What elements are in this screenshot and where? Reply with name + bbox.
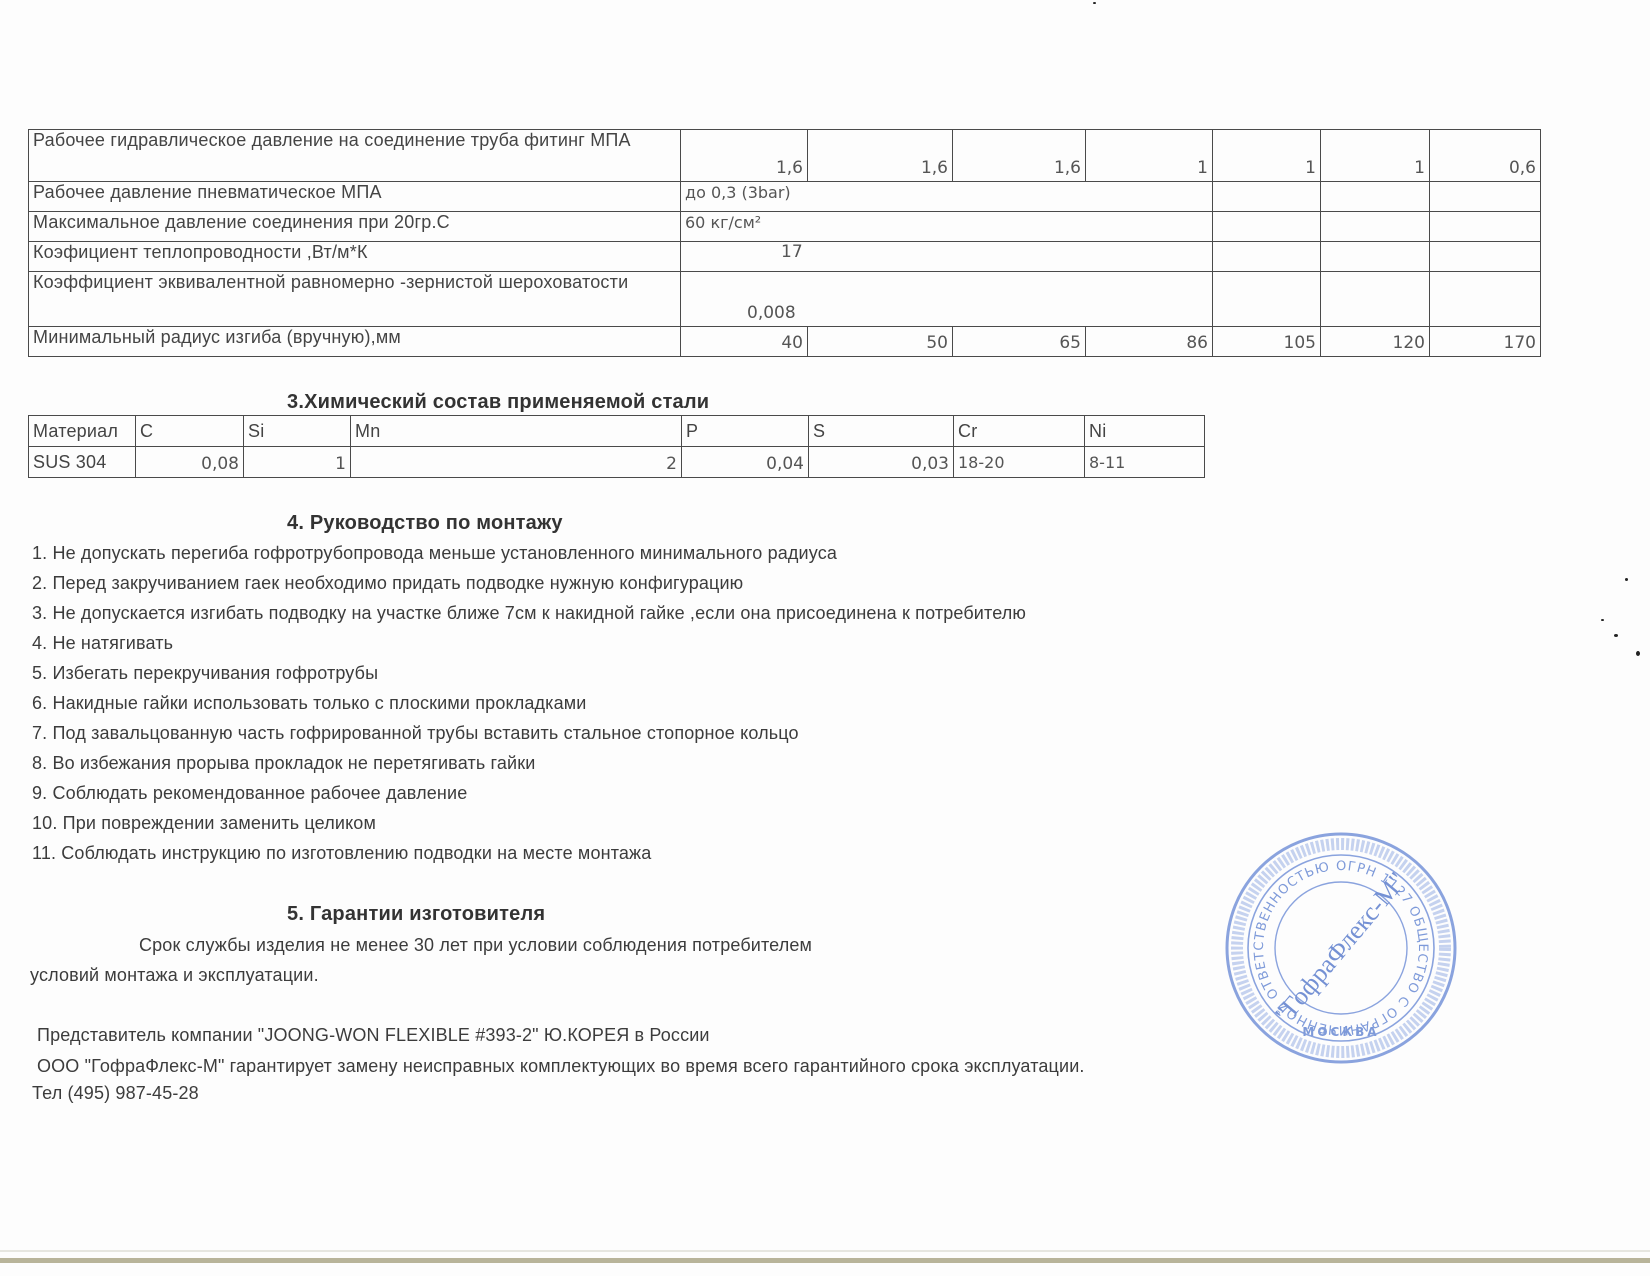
spec-value: 1,6 xyxy=(808,130,953,182)
chem-header: Si xyxy=(244,416,351,447)
empty-cell xyxy=(1321,242,1430,272)
chem-cell: SUS 304 xyxy=(29,447,136,478)
spec-value: 0,6 xyxy=(1430,130,1541,182)
install-item: 9. Соблюдать рекомендованное рабочее дав… xyxy=(32,783,1026,813)
empty-cell xyxy=(1213,212,1321,242)
spec-value: 1,6 xyxy=(681,130,808,182)
chem-table: Материал C Si Mn P S Cr Ni SUS 304 0,08 … xyxy=(28,415,1205,478)
company-stamp: ОБЩЕСТВО С ОГРАНИЧЕННОЙ ОТВЕТСТВЕННОСТЬЮ… xyxy=(1223,830,1459,1066)
install-item: 8. Во избежания прорыва прокладок не пер… xyxy=(32,753,1026,783)
scan-speck xyxy=(1093,2,1096,4)
chem-cell: 0,03 xyxy=(809,447,954,478)
spec-value: 170 xyxy=(1430,327,1541,357)
install-item: 1. Не допускать перегиба гофротрубопрово… xyxy=(32,543,1026,573)
spec-value: 1 xyxy=(1086,130,1213,182)
spec-value: 50 xyxy=(808,327,953,357)
scan-speck xyxy=(1601,619,1604,621)
spec-value: 120 xyxy=(1321,327,1430,357)
install-item: 3. Не допускается изгибать подводку на у… xyxy=(32,603,1026,633)
install-item: 5. Избегать перекручивания гофротрубы xyxy=(32,663,1026,693)
chem-data-row: SUS 304 0,08 1 2 0,04 0,03 18-20 8-11 xyxy=(29,447,1205,478)
spec-value: 1,6 xyxy=(953,130,1086,182)
spec-value: 65 xyxy=(953,327,1086,357)
chem-header-row: Материал C Si Mn P S Cr Ni xyxy=(29,416,1205,447)
scan-speck xyxy=(1636,651,1640,656)
spec-value: 0,008 xyxy=(681,272,1213,327)
spec-label: Коэфициент теплопроводности ,Вт/м*К xyxy=(29,242,681,272)
warranty-text-line1: Срок службы изделия не менее 30 лет при … xyxy=(139,935,812,956)
spec-value: до 0,3 (3bar) xyxy=(681,182,1213,212)
chem-header: Материал xyxy=(29,416,136,447)
spec-row-hydraulic-pressure: Рабочее гидравлическое давление на соеди… xyxy=(29,130,1541,182)
stamp-city: МОСКВА xyxy=(1302,1025,1379,1039)
chem-cell: 2 xyxy=(351,447,682,478)
chem-cell: 0,08 xyxy=(136,447,244,478)
empty-cell xyxy=(1430,242,1541,272)
empty-cell xyxy=(1430,272,1541,327)
spec-row-roughness: Коэффициент эквивалентной равномерно -зе… xyxy=(29,272,1541,327)
install-item: 2. Перед закручиванием гаек необходимо п… xyxy=(32,573,1026,603)
spec-label: Максимальное давление соединения при 20г… xyxy=(29,212,681,242)
spec-row-bend-radius: Минимальный радиус изгиба (вручную),мм 4… xyxy=(29,327,1541,357)
spec-table: Рабочее гидравлическое давление на соеди… xyxy=(28,129,1541,357)
spec-value: 60 кг/см² xyxy=(681,212,1213,242)
scan-speck xyxy=(1625,578,1628,581)
chem-cell: 1 xyxy=(244,447,351,478)
spec-label: Коэффициент эквивалентной равномерно -зе… xyxy=(29,272,681,327)
chem-section-title: 3.Химический состав применяемой стали xyxy=(287,391,709,414)
phone-line: Тел (495) 987-45-28 xyxy=(32,1083,199,1104)
spec-row-max-pressure: Максимальное давление соединения при 20г… xyxy=(29,212,1541,242)
empty-cell xyxy=(1213,182,1321,212)
spec-label: Рабочее гидравлическое давление на соеди… xyxy=(29,130,681,182)
install-list: 1. Не допускать перегиба гофротрубопрово… xyxy=(32,543,1026,873)
empty-cell xyxy=(1321,272,1430,327)
install-item: 11. Соблюдать инструкцию по изготовлению… xyxy=(32,843,1026,873)
chem-header: Ni xyxy=(1085,416,1205,447)
stamp-seal-icon: ОБЩЕСТВО С ОГРАНИЧЕННОЙ ОТВЕТСТВЕННОСТЬЮ… xyxy=(1223,830,1459,1066)
chem-header: P xyxy=(682,416,809,447)
warranty-section-title: 5. Гарантии изготовителя xyxy=(287,903,545,926)
empty-cell xyxy=(1213,272,1321,327)
chem-header: C xyxy=(136,416,244,447)
chem-header: Mn xyxy=(351,416,682,447)
install-item: 4. Не натягивать xyxy=(32,633,1026,663)
chem-cell: 18-20 xyxy=(954,447,1085,478)
spec-label: Рабочее давление пневматическое МПА xyxy=(29,182,681,212)
empty-cell xyxy=(1430,182,1541,212)
chem-header: S xyxy=(809,416,954,447)
spec-value: 40 xyxy=(681,327,808,357)
empty-cell xyxy=(1321,212,1430,242)
spec-value: 1 xyxy=(1321,130,1430,182)
install-item: 7. Под завальцованную часть гофрированно… xyxy=(32,723,1026,753)
spec-row-thermal-conductivity: Коэфициент теплопроводности ,Вт/м*К 17 xyxy=(29,242,1541,272)
empty-cell xyxy=(1321,182,1430,212)
empty-cell xyxy=(1213,242,1321,272)
spec-value: 86 xyxy=(1086,327,1213,357)
spec-value: 17 xyxy=(681,242,1213,272)
spec-label: Минимальный радиус изгиба (вручную),мм xyxy=(29,327,681,357)
install-item: 6. Накидные гайки использовать только с … xyxy=(32,693,1026,723)
empty-cell xyxy=(1430,212,1541,242)
chem-header: Cr xyxy=(954,416,1085,447)
page-bottom-edge xyxy=(0,1258,1650,1263)
guarantee-line: ООО "ГофраФлекс-М" гарантирует замену не… xyxy=(37,1056,1085,1077)
scan-speck xyxy=(1614,634,1618,637)
chem-cell: 0,04 xyxy=(682,447,809,478)
install-section-title: 4. Руководство по монтажу xyxy=(287,512,563,535)
chem-cell: 8-11 xyxy=(1085,447,1205,478)
page-edge-shadow xyxy=(0,1250,1650,1252)
spec-value: 105 xyxy=(1213,327,1321,357)
spec-row-pneumatic-pressure: Рабочее давление пневматическое МПА до 0… xyxy=(29,182,1541,212)
spec-value: 1 xyxy=(1213,130,1321,182)
warranty-text-line2: условий монтажа и эксплуатации. xyxy=(30,965,319,986)
representative-line: Представитель компании "JOONG-WON FLEXIB… xyxy=(37,1025,710,1046)
install-item: 10. При повреждении заменить целиком xyxy=(32,813,1026,843)
